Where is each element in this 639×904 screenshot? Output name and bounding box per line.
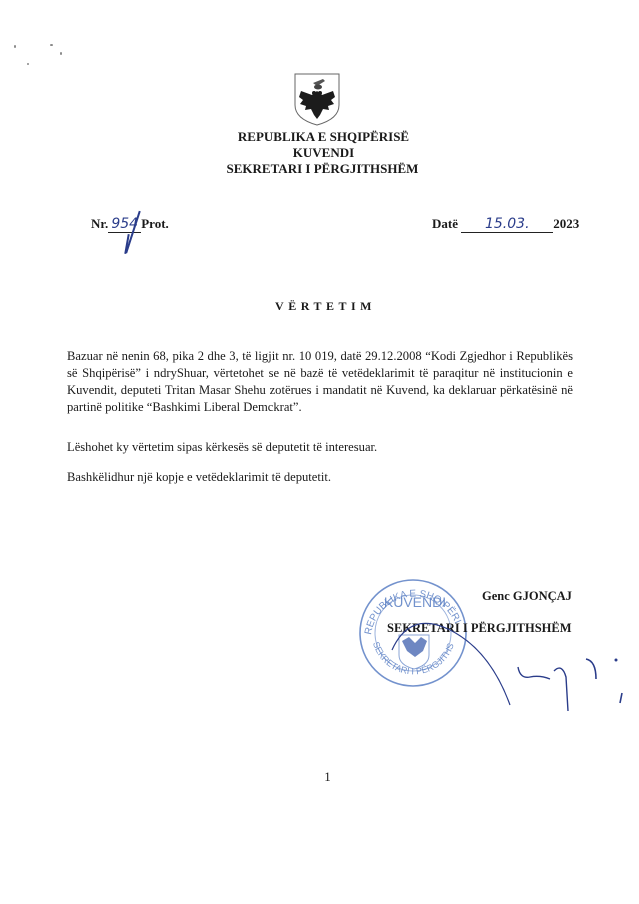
page-number: 1 <box>0 769 639 785</box>
date-handwritten: 15.03. <box>485 216 530 232</box>
prot-label: Prot. <box>141 216 169 231</box>
letterhead-assembly: KUVENDI <box>0 145 639 161</box>
letterhead-republic: REPUBLIKA E SHQIPËRISË <box>0 129 639 145</box>
albanian-coat-of-arms-icon <box>287 71 347 127</box>
nr-field: 954 <box>108 216 141 233</box>
body-paragraph-1: Bazuar në nenin 68, pika 2 dhe 3, të lig… <box>67 348 573 416</box>
nr-label: Nr. <box>91 216 108 231</box>
body-paragraph-3: Bashkëlidhur një kopje e vetëdeklarimit … <box>67 469 573 486</box>
protocol-number: Nr.954Prot. <box>91 216 169 233</box>
date-year: 2023 <box>553 216 579 231</box>
body-paragraph-2: Lëshohet ky vërtetim sipas kërkesës së d… <box>67 439 573 456</box>
document-page: REPUBLIKA E SHQIPËRISË KUVENDI SEKRETARI… <box>0 0 639 904</box>
scan-specks <box>0 0 100 80</box>
handwritten-signature-icon <box>390 605 639 715</box>
document-date: Datë 15.03.2023 <box>432 216 579 233</box>
date-label: Datë <box>432 216 458 231</box>
letterhead: REPUBLIKA E SHQIPËRISË KUVENDI SEKRETARI… <box>0 129 639 177</box>
signer-name: Genc GJONÇAJ <box>482 589 572 604</box>
letterhead-secretary: SEKRETARI I PËRGJITHSHËM <box>0 161 639 177</box>
document-title: VËRTETIM <box>0 299 639 314</box>
date-field: 15.03. <box>461 216 553 233</box>
